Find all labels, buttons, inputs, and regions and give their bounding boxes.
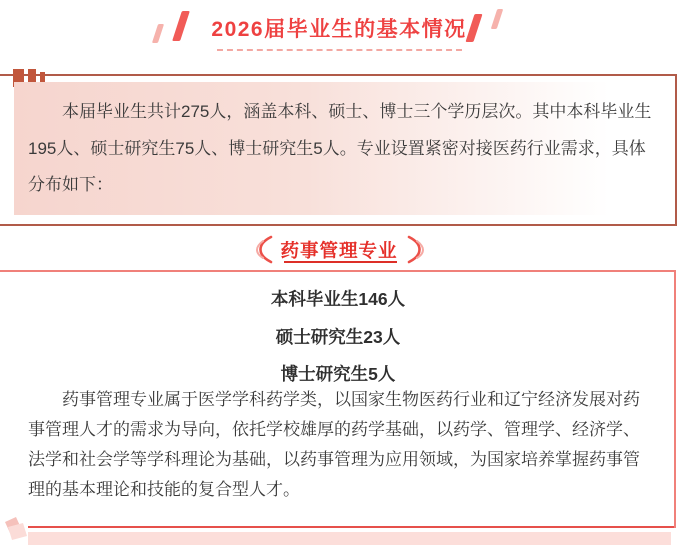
stat-undergraduate: 本科毕业生146人 [0,281,676,319]
flourish-bracket-icon [405,234,429,264]
page-title: 2026届毕业生的基本情况 [0,13,678,43]
section-heading: 药事管理专业 [0,237,678,263]
graduate-stats-list: 本科毕业生146人 硕士研究生23人 博士研究生5人 [0,281,676,394]
title-dashed-underline [217,49,462,51]
article-page: 2026届毕业生的基本情况 本届毕业生共计275人，涵盖本科、硕士、博士三个学历… [0,0,678,545]
section-heading-underline [284,261,397,263]
stat-master: 硕士研究生23人 [0,319,676,357]
fold-corner-icon [2,515,28,542]
intro-paragraph: 本届毕业生共计275人，涵盖本科、硕士、博士三个学历层次。其中本科毕业生195人… [28,94,654,204]
major-box-shadow [28,532,671,545]
major-description: 药事管理专业属于医学学科药学类，以国家生物医药行业和辽宁经济发展对药事管理人才的… [28,385,656,505]
major-box-bottom-border [28,526,674,528]
